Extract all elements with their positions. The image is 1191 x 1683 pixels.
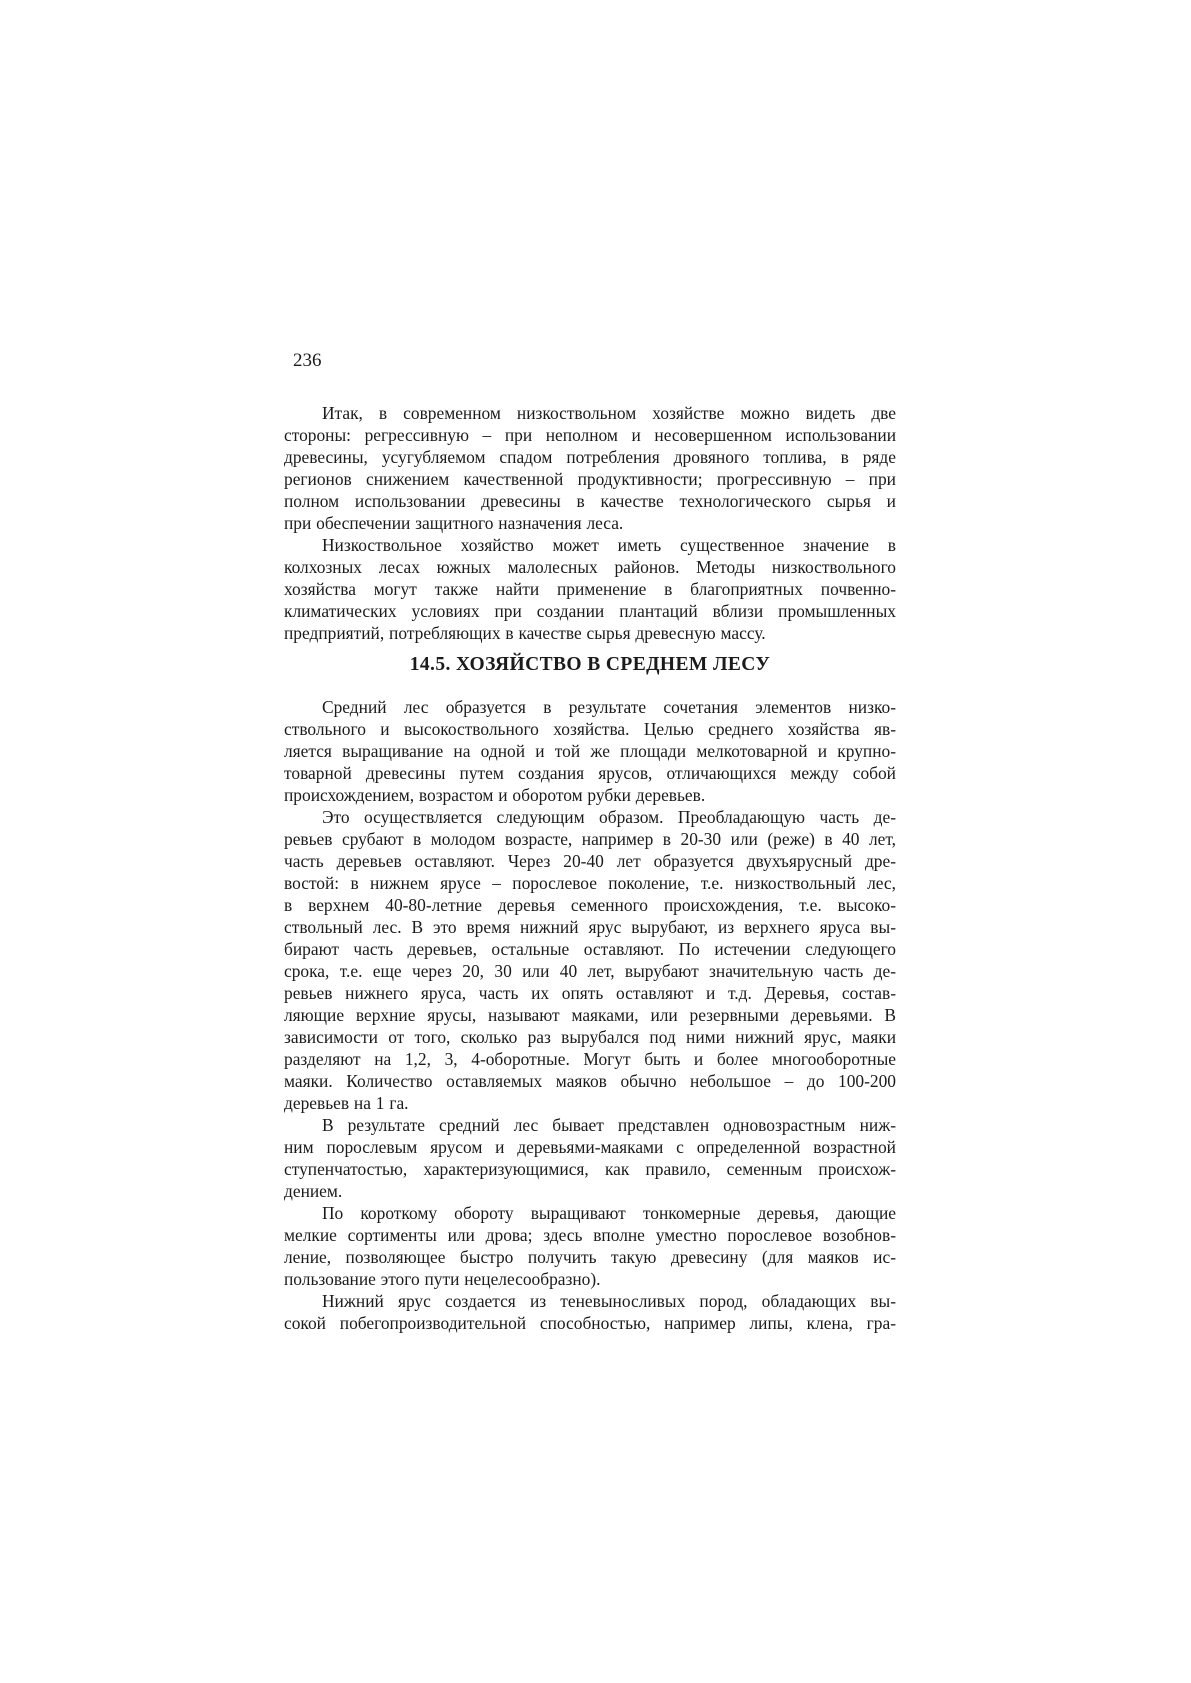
text-line: Итак, в современном низкоствольном хозяй… — [284, 402, 896, 424]
text-line: зависимости от того, сколько раз вырубал… — [284, 1026, 896, 1048]
text-line: срока, т.е. еще через 20, 30 или 40 лет,… — [284, 960, 896, 982]
page-number: 236 — [293, 350, 896, 372]
text-line: древесины, усугубляемом спадом потреблен… — [284, 446, 896, 468]
text-line: бирают часть деревьев, остальные оставля… — [284, 938, 896, 960]
text-line: стороны: регрессивную – при неполном и н… — [284, 424, 896, 446]
text-line: сокой побегопроизводительной способность… — [284, 1312, 896, 1334]
paragraph: Это осуществляется следующим образом. Пр… — [284, 806, 896, 1114]
paragraph: Средний лес образуется в результате соче… — [284, 696, 896, 806]
text-line: при обеспечении защитного назначения лес… — [284, 512, 896, 534]
text-line: маяки. Количество оставляемых маяков обы… — [284, 1070, 896, 1092]
text-line: в верхнем 40-80-летние деревья семенного… — [284, 894, 896, 916]
text-line: часть деревьев оставляют. Через 20-40 ле… — [284, 850, 896, 872]
book-page: 236 Итак, в современном низкоствольном х… — [284, 350, 896, 1334]
text-line: разделяют на 1,2, 3, 4-оборотные. Могут … — [284, 1048, 896, 1070]
text-line: происхождением, возрастом и оборотом руб… — [284, 784, 896, 806]
text-line: регионов снижением качественной продукти… — [284, 468, 896, 490]
paragraph: По короткому обороту выращивают тонкомер… — [284, 1202, 896, 1290]
text-line: ревьев срубают в молодом возрасте, напри… — [284, 828, 896, 850]
text-line: климатических условиях при создании план… — [284, 600, 896, 622]
text-line: деревьев на 1 га. — [284, 1092, 896, 1114]
text-line: Низкоствольное хозяйство может иметь сущ… — [284, 534, 896, 556]
text-line: хозяйства могут также найти применение в… — [284, 578, 896, 600]
text-line: ствольный лес. В это время нижний ярус в… — [284, 916, 896, 938]
text-line: дением. — [284, 1180, 896, 1202]
paragraph: Нижний ярус создается из теневыносливых … — [284, 1290, 896, 1334]
text-line: ляется выращивание на одной и той же пло… — [284, 740, 896, 762]
text-line: Нижний ярус создается из теневыносливых … — [284, 1290, 896, 1312]
text-line: мелкие сортименты или дрова; здесь вполн… — [284, 1224, 896, 1246]
text-line: ревьев нижнего яруса, часть их опять ост… — [284, 982, 896, 1004]
text-line: ствольного и высокоствольного хозяйства.… — [284, 718, 896, 740]
page-text: Итак, в современном низкоствольном хозяй… — [284, 402, 896, 1334]
text-line: товарной древесины путем создания ярусов… — [284, 762, 896, 784]
text-line: полном использовании древесины в качеств… — [284, 490, 896, 512]
paragraph: Итак, в современном низкоствольном хозяй… — [284, 402, 896, 534]
paragraph: В результате средний лес бывает представ… — [284, 1114, 896, 1202]
text-line: ление, позволяющее быстро получить такую… — [284, 1246, 896, 1268]
text-line: предприятий, потребляющих в качестве сыр… — [284, 622, 896, 644]
text-line: колхозных лесах южных малолесных районов… — [284, 556, 896, 578]
text-line: ляющие верхние ярусы, называют маяками, … — [284, 1004, 896, 1026]
text-line: ступенчатостью, характеризующимися, как … — [284, 1158, 896, 1180]
section-heading: 14.5. ХОЗЯЙСТВО В СРЕДНЕМ ЛЕСУ — [284, 652, 896, 678]
text-line: Это осуществляется следующим образом. Пр… — [284, 806, 896, 828]
text-line: востой: в нижнем ярусе – порослевое поко… — [284, 872, 896, 894]
text-line: ним порослевым ярусом и деревьями-маякам… — [284, 1136, 896, 1158]
text-line: В результате средний лес бывает представ… — [284, 1114, 896, 1136]
paragraph: Низкоствольное хозяйство может иметь сущ… — [284, 534, 896, 644]
text-line: Средний лес образуется в результате соче… — [284, 696, 896, 718]
text-line: пользование этого пути нецелесообразно). — [284, 1268, 896, 1290]
text-line: По короткому обороту выращивают тонкомер… — [284, 1202, 896, 1224]
